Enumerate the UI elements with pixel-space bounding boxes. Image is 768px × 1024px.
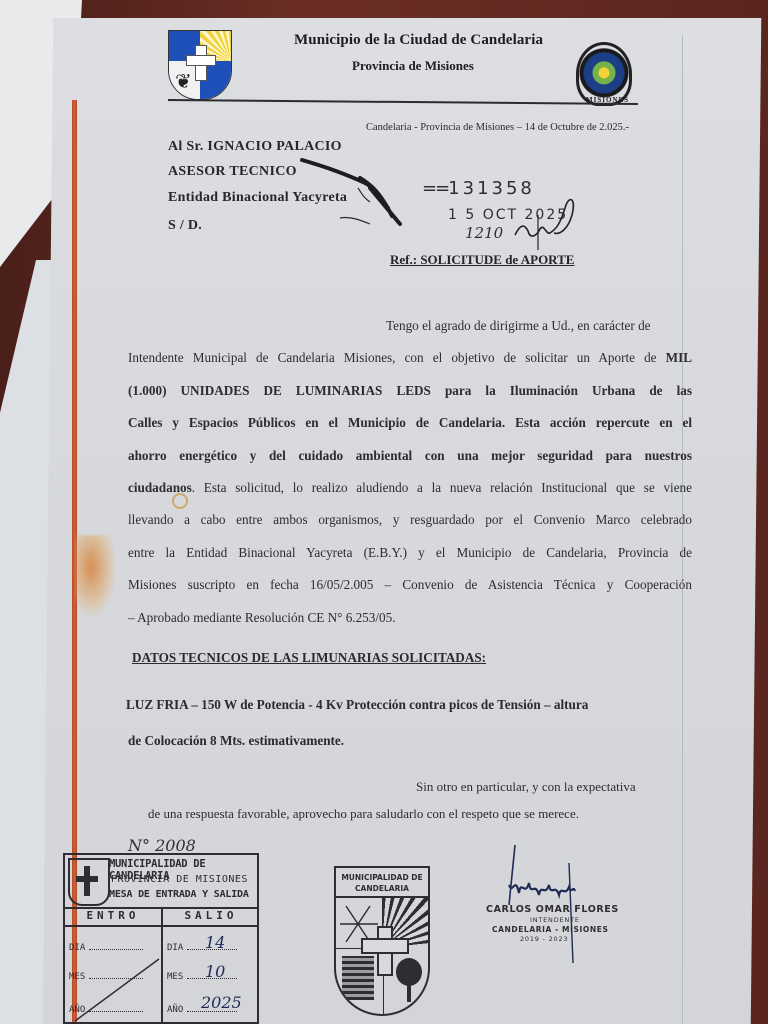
body-line: ciudadanos. Esta solicitud, lo realizo a…	[128, 472, 692, 504]
body-line: (1.000) UNIDADES DE LUMINARIAS LEDS para…	[128, 375, 692, 407]
technical-spec-line-2: de Colocación 8 Mts. estimativamente.	[128, 733, 344, 749]
closing-line-2: de una respuesta favorable, aprovecho pa…	[148, 806, 579, 822]
closing-line-1: Sin otro en particular, y con la expecta…	[416, 779, 636, 795]
stamp-line-2: PROVINCIA DE MISIONES	[111, 874, 248, 885]
municipal-coat-of-arms-icon: ❦	[168, 30, 232, 100]
signatory-term: 2019 - 2023	[520, 935, 568, 943]
municipal-stamp: MUNICIPALIDAD DE CANDELARIA	[334, 866, 430, 1016]
stamp-line-3: MESA DE ENTRADA Y SALIDA	[109, 889, 249, 900]
body-line: llevando a cabo entre ambos organismos, …	[128, 504, 692, 536]
stain-mark	[75, 535, 115, 615]
recipient-title: ASESOR TECNICO	[168, 164, 297, 180]
body-line: entre la Entidad Binacional Yacyreta (E.…	[128, 537, 692, 569]
cancel-slash-mark	[73, 955, 163, 1023]
stamp-exit-day: DIA	[167, 943, 237, 953]
receiver-signature	[510, 195, 580, 250]
reference-line: Ref.: SOLICITUDE de APORTE	[390, 252, 574, 268]
body-line: ahorro energético y del cuidado ambienta…	[128, 440, 692, 472]
ink-scribble-mark	[300, 158, 410, 228]
technical-data-title: DATOS TECNICOS DE LAS LIMUNARIAS SOLICIT…	[132, 650, 486, 666]
signatory-role: INTENDENTE	[530, 916, 580, 924]
body-line: Misiones suscripto en fecha 16/05/2.005 …	[128, 569, 692, 601]
body-line: Tengo el agrado de dirigirme a Ud., en c…	[128, 310, 692, 342]
body-line: Intendente Municipal de Candelaria Misio…	[128, 342, 692, 374]
signatory-place: CANDELARIA - MISIONES	[492, 925, 608, 934]
date-line: Candelaria - Provincia de Misiones – 14 …	[366, 122, 629, 133]
stamp-shield-icon	[68, 858, 110, 906]
stamp-exit-day-value: 14	[205, 933, 225, 952]
stamp-exit-month-value: 10	[205, 962, 225, 981]
letterhead-title: Municipio de la Ciudad de Candelaria	[294, 32, 543, 49]
municipal-stamp-header: MUNICIPALIDAD DE CANDELARIA	[336, 868, 428, 898]
stamp-exit-year-value: 2025	[201, 993, 242, 1012]
body-line: – Aprobado mediante Resolución CE N° 6.2…	[128, 602, 692, 634]
stamp-entry-day: DIA	[69, 943, 143, 953]
recipient-sd: S / D.	[168, 218, 202, 234]
tree-icon	[396, 958, 422, 986]
stamp-exit-month: MES	[167, 972, 237, 982]
recipient-name: Al Sr. IGNACIO PALACIO	[168, 139, 342, 155]
body-line: Calles y Espacios Públicos en el Municip…	[128, 407, 692, 439]
stamp-col-entry: ENTRO	[65, 909, 161, 922]
letterhead-subtitle: Provincia de Misiones	[352, 58, 474, 74]
technical-spec-line-1: LUZ FRIA – 150 W de Potencia - 4 Kv Prot…	[126, 697, 588, 713]
signatory-name: CARLOS OMAR FLORES	[486, 904, 619, 915]
entry-exit-stamp: MUNICIPALIDAD DE CANDELARIA PROVINCIA DE…	[63, 853, 259, 1024]
ruins-wall-icon	[342, 956, 374, 1000]
letter-body: Tengo el agrado de dirigirme a Ud., en c…	[128, 310, 692, 634]
stamp-col-exit: SALIO	[163, 909, 259, 922]
received-stamp-time: 1210	[465, 224, 503, 242]
